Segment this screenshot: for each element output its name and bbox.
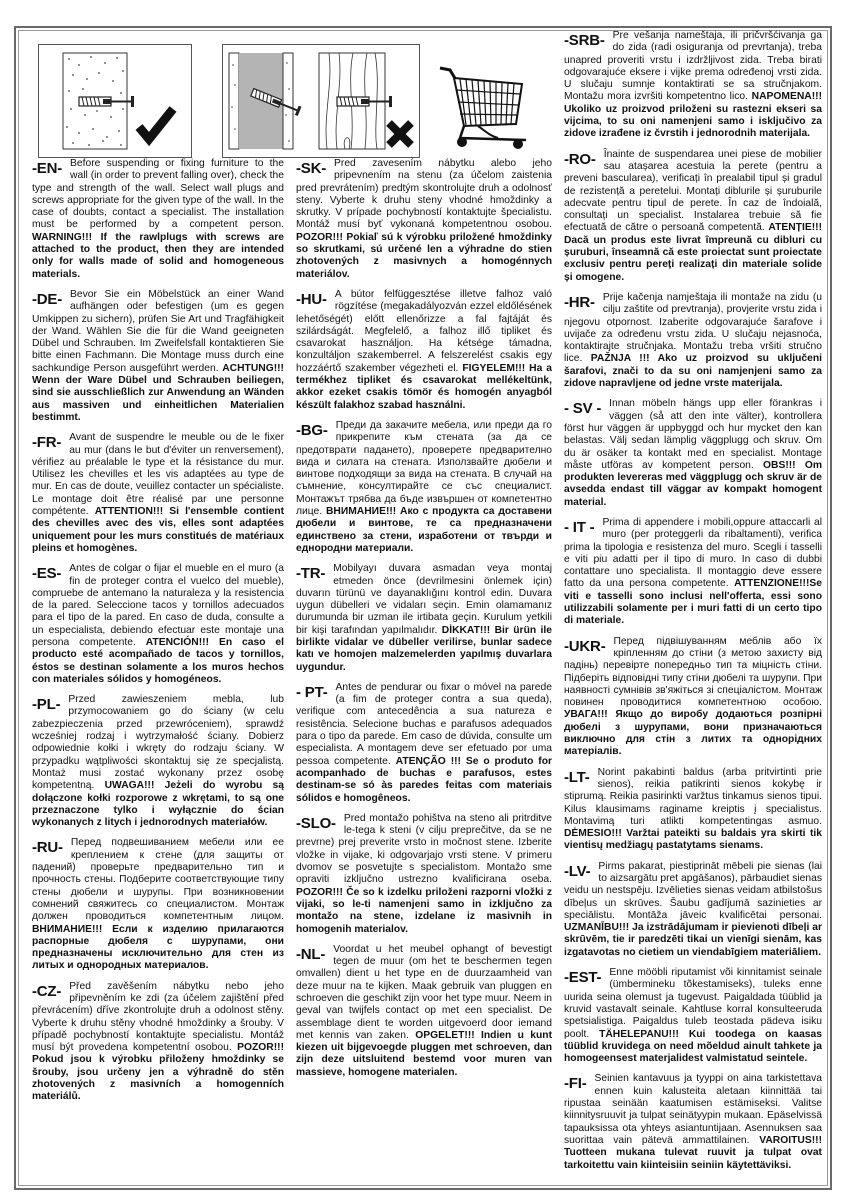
language-code: -SK-	[296, 160, 326, 178]
column-middle: -SK- Pred zavesením nábytku alebo jeho p…	[296, 158, 552, 1087]
language-code: -PL-	[32, 696, 60, 714]
language-code: -RU-	[32, 839, 63, 857]
section-lt: -LT- Norint pakabinti baldus (arba pritv…	[564, 767, 822, 853]
section-it: - IT - Prima di appendere i mobili,oppur…	[564, 517, 822, 628]
language-code: -ES-	[32, 565, 61, 583]
instruction-text: Преди да закачите мебела, или преди да г…	[296, 420, 552, 517]
section-en: -EN- Before suspending or fixing furnitu…	[32, 158, 284, 281]
warning-text: POZOR!!! Če so k izdelku priloženi razpo…	[296, 887, 552, 935]
language-code: -SRB-	[564, 32, 605, 50]
warning-text: PAŽNJA !!! Ako uz proizvod su uključeni …	[564, 353, 822, 389]
instruction-text: Pred zavesením nábytku alebo jeho pripev…	[296, 158, 552, 230]
warning-text: UZMANĪBU!!! Ja izstrādājumam ir pievieno…	[564, 922, 822, 958]
checkmark-icon	[139, 109, 173, 139]
section-es: -ES- Antes de colgar o fijar el mueble e…	[32, 563, 284, 686]
language-code: -HR-	[564, 294, 595, 312]
warning-text: WARNING!!! If the rawlplugs with screws …	[32, 232, 284, 280]
language-code: -FR-	[32, 434, 61, 452]
illustration-solid-wall	[38, 44, 192, 158]
instruction-text: Before suspending or fixing furniture to…	[32, 158, 284, 230]
instruction-text: Avant de suspendre le meuble ou de le fi…	[32, 432, 284, 517]
section-ro: -RO- Înainte de suspendarea unei piese d…	[564, 149, 822, 284]
section-hr: -HR- Prije kačenja namještaja ili montaž…	[564, 292, 822, 390]
language-code: -CZ-	[32, 983, 61, 1001]
section-slo: -SLO- Pred montažo pohištva na steno ali…	[296, 813, 552, 936]
section-bg: -BG- Преди да закачите мебела, или преди…	[296, 420, 552, 555]
illustration-unsuitable-walls	[222, 44, 420, 158]
section-hu: -HU- A bútor felfüggesztése illetve falh…	[296, 289, 552, 412]
language-code: -UKR-	[564, 638, 606, 656]
section-lv: -LV- Pirms pakarat, piestiprināt mēbeli …	[564, 861, 822, 959]
warning-text: POZOR!!! Pokiaľ sú k výrobku priložené h…	[296, 232, 552, 280]
section-tr: -TR- Mobilyayı duvara asmadan veya monta…	[296, 563, 552, 674]
section-pl: -PL- Przed zawieszeniem mebla, lub przym…	[32, 694, 284, 829]
warning-text: DĖMESIO!!! Varžtai pateikti su baldais y…	[564, 828, 822, 851]
language-code: -LT-	[564, 769, 590, 787]
warning-text: TÄHELEPANU!!! Kui toodega on kaasas tüüb…	[564, 1029, 822, 1065]
section-ru: -RU- Перед подвешиванием мебели или ее к…	[32, 837, 284, 972]
section-sk: -SK- Pred zavesením nábytku alebo jeho p…	[296, 158, 552, 281]
instruction-text: A bútor felfüggesztése illetve falhoz va…	[296, 289, 552, 374]
illustration-shopping-cart	[438, 60, 538, 150]
section-sv: - SV - Innan möbeln hängs upp eller föra…	[564, 398, 822, 509]
instruction-text: Przed zawieszeniem mebla, lub przymocowa…	[32, 694, 284, 791]
warning-text: ВНИМАНИЕ!!! Ако с продукта са доставени …	[296, 506, 552, 554]
language-code: -TR-	[296, 565, 325, 583]
section-pt: - PT- Antes de pendurar ou fixar o móvel…	[296, 682, 552, 805]
column-right: -SRB- Pre vešanja nameštaja, ili pričvrš…	[564, 30, 822, 1180]
section-cz: -CZ- Před zavěšením nábytku nebo jeho př…	[32, 981, 284, 1104]
instruction-text: Antes de colgar o fijar el mueble en el …	[32, 563, 284, 648]
instruction-text: Pirms pakarat, piestiprināt mēbeli pie s…	[564, 861, 822, 921]
warning-text: ВНИМАНИЕ!!! Если к изделию прилагаются р…	[32, 924, 284, 972]
language-code: -RO-	[564, 151, 596, 169]
unsuitable-wall-plug-icon	[223, 45, 419, 157]
language-code: -LV-	[564, 863, 590, 881]
instruction-text: Norint pakabinti baldus (arba pritvirtin…	[564, 767, 822, 827]
section-de: -DE- Bevor Sie ein Möbelstück an einer W…	[32, 289, 284, 424]
language-code: -SLO-	[296, 815, 336, 833]
column-left: -EN- Before suspending or fixing furnitu…	[32, 158, 284, 1112]
language-code: -EN-	[32, 160, 62, 178]
shopping-cart-icon	[438, 60, 538, 150]
cross-icon	[389, 123, 411, 145]
language-code: -BG-	[296, 422, 328, 440]
section-srb: -SRB- Pre vešanja nameštaja, ili pričvrš…	[564, 30, 822, 141]
warning-text: УВАГА!!! Якщо до виробу додаються розпір…	[564, 709, 822, 757]
language-code: -DE-	[32, 291, 62, 309]
instruction-text: Bevor Sie ein Möbelstück an einer Wand a…	[32, 289, 284, 374]
section-fr: -FR- Avant de suspendre le meuble ou de …	[32, 432, 284, 555]
language-code: -EST-	[564, 969, 601, 987]
language-code: -NL-	[296, 946, 325, 964]
language-code: -HU-	[296, 291, 327, 309]
section-ukr: -UKR- Перед підвішуванням меблів або їх …	[564, 636, 822, 759]
solid-wall-plug-icon	[39, 45, 191, 157]
language-code: -FI-	[564, 1075, 587, 1093]
instruction-text: Înainte de suspendarea unei piese de mob…	[564, 149, 822, 234]
language-code: - PT-	[296, 684, 328, 702]
instruction-text: Voordat u het meubel ophangt of bevestig…	[296, 944, 552, 1041]
section-est: -EST- Enne mööbli riputamist või kinnita…	[564, 967, 822, 1065]
language-code: - IT -	[564, 519, 594, 537]
section-nl: -NL- Voordat u het meubel ophangt of bev…	[296, 944, 552, 1079]
instruction-text: Antes de pendurar ou fixar o móvel na pa…	[296, 682, 552, 767]
section-fi: -FI- Seinien kantavuus ja tyyppi on aina…	[564, 1073, 822, 1171]
instruction-text: Перед подвешиванием мебели или ее крепле…	[32, 837, 284, 922]
language-code: - SV -	[564, 400, 601, 418]
